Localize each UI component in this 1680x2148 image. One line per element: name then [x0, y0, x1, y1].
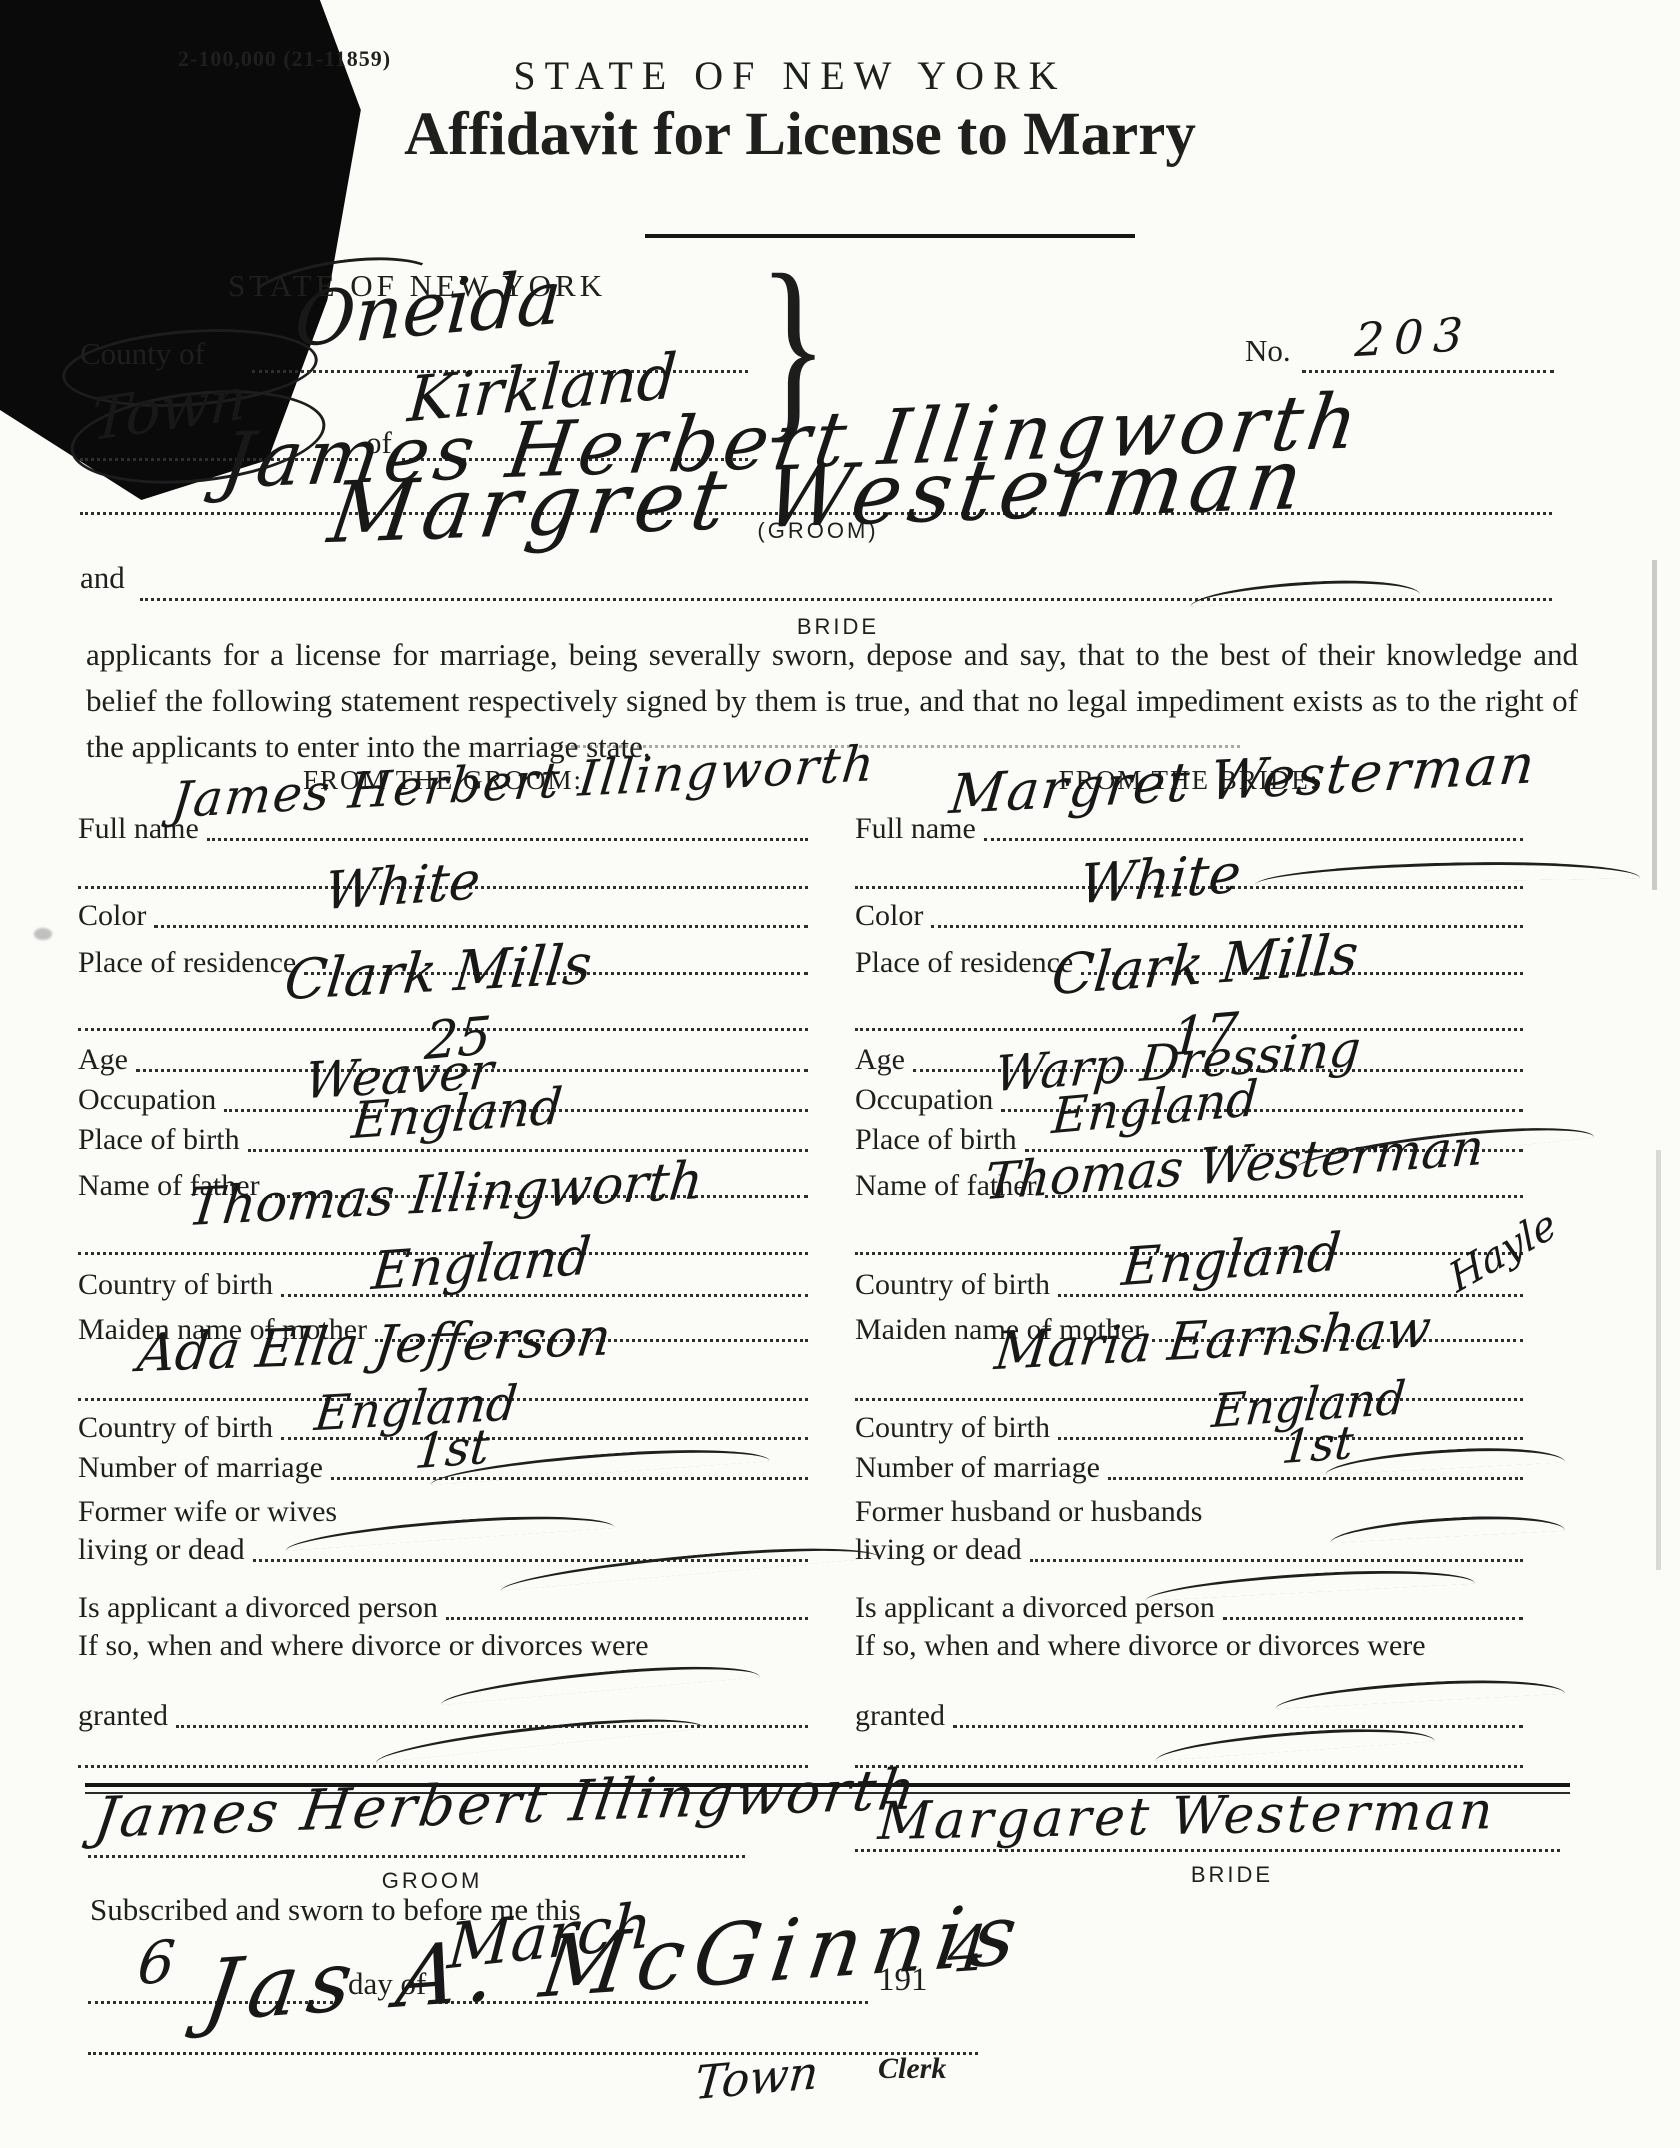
dotted-line [1223, 1617, 1523, 1620]
scanned-affidavit-page: 2-100,000 (21-11859) STATE OF NEW YORK A… [0, 0, 1680, 2148]
bride-divorce-when-label: If so, when and where divorce or divorce… [855, 1629, 1523, 1663]
dotted-line [855, 1765, 1523, 1768]
dotted-line [984, 838, 1523, 841]
pen-stroke [1190, 576, 1421, 607]
handwritten-license-number: 203 [1354, 307, 1474, 367]
groom-signature-caption: GROOM [352, 1868, 512, 1894]
field-label: Place of residence [855, 946, 1073, 980]
dotted-line [88, 1855, 745, 1858]
dotted-line [281, 1294, 808, 1297]
dotted-line [855, 1398, 1523, 1401]
dotted-line [331, 1477, 808, 1480]
handwritten-clerk-town: Town [693, 2045, 821, 2110]
field-label: Country of birth [855, 1411, 1050, 1445]
bride-color-value: White [1077, 841, 1243, 916]
dotted-line [931, 925, 1523, 928]
dotted-line [207, 838, 808, 841]
county-label: County of [80, 336, 205, 372]
dotted-line [154, 925, 808, 928]
dotted-line [176, 1725, 808, 1728]
groom-signature: James Herbert Illingworth [90, 1757, 922, 1851]
scan-streak [1652, 560, 1657, 890]
clerk-title-label: Clerk [878, 2052, 946, 2086]
field-label: Place of birth [78, 1123, 240, 1157]
dotted-line [953, 1725, 1523, 1728]
dotted-line [88, 2052, 978, 2055]
dotted-line [1108, 1477, 1523, 1480]
dotted-line [446, 1617, 808, 1620]
field-label: granted [78, 1699, 168, 1733]
bride-signature-caption: BRIDE [1152, 1862, 1312, 1888]
form-title: Affidavit for License to Marry [0, 100, 1600, 170]
groom-father-value: Thomas Illingworth [185, 1151, 706, 1238]
field-label: Country of birth [855, 1268, 1050, 1302]
bride-signature: Margaret Westerman [876, 1781, 1497, 1852]
dotted-line [1030, 1559, 1523, 1562]
field-label: Age [855, 1043, 905, 1077]
pen-stroke [1255, 859, 1640, 885]
state-title: STATE OF NEW YORK [0, 52, 1580, 99]
field-label: Country of birth [78, 1411, 273, 1445]
field-label: Color [78, 899, 146, 933]
field-label: Place of residence [78, 946, 296, 980]
groom-divorce-when-label: If so, when and where divorce or divorce… [78, 1629, 808, 1663]
scan-streak [1656, 1150, 1661, 1570]
field-label: Number of marriage [855, 1451, 1100, 1485]
groom-divorced-field: Is applicant a divorced person [78, 1587, 808, 1625]
field-label: Country of birth [78, 1268, 273, 1302]
and-label: and [80, 560, 125, 596]
groom-color-value: White [322, 851, 482, 922]
number-label: No. [1245, 333, 1291, 369]
handwritten-day: 6 [135, 1927, 178, 1998]
dotted-line [855, 1849, 1560, 1852]
field-label: Is applicant a divorced person [78, 1591, 438, 1625]
field-label: Occupation [855, 1083, 993, 1117]
field-label: Occupation [78, 1083, 216, 1117]
bride-residence-value: Clark Mills [1049, 921, 1361, 1007]
field-label: living or dead [78, 1533, 245, 1567]
dotted-line [248, 1149, 808, 1152]
field-label: Age [78, 1043, 128, 1077]
field-label: Color [855, 899, 923, 933]
title-rule [645, 234, 1135, 238]
dotted-line [1302, 370, 1554, 373]
field-label: granted [855, 1699, 945, 1733]
field-label: Number of marriage [78, 1451, 323, 1485]
scan-smudge [34, 928, 52, 940]
field-label: living or dead [855, 1533, 1022, 1567]
bride-mother-country-field: Country of birth [855, 1407, 1523, 1445]
